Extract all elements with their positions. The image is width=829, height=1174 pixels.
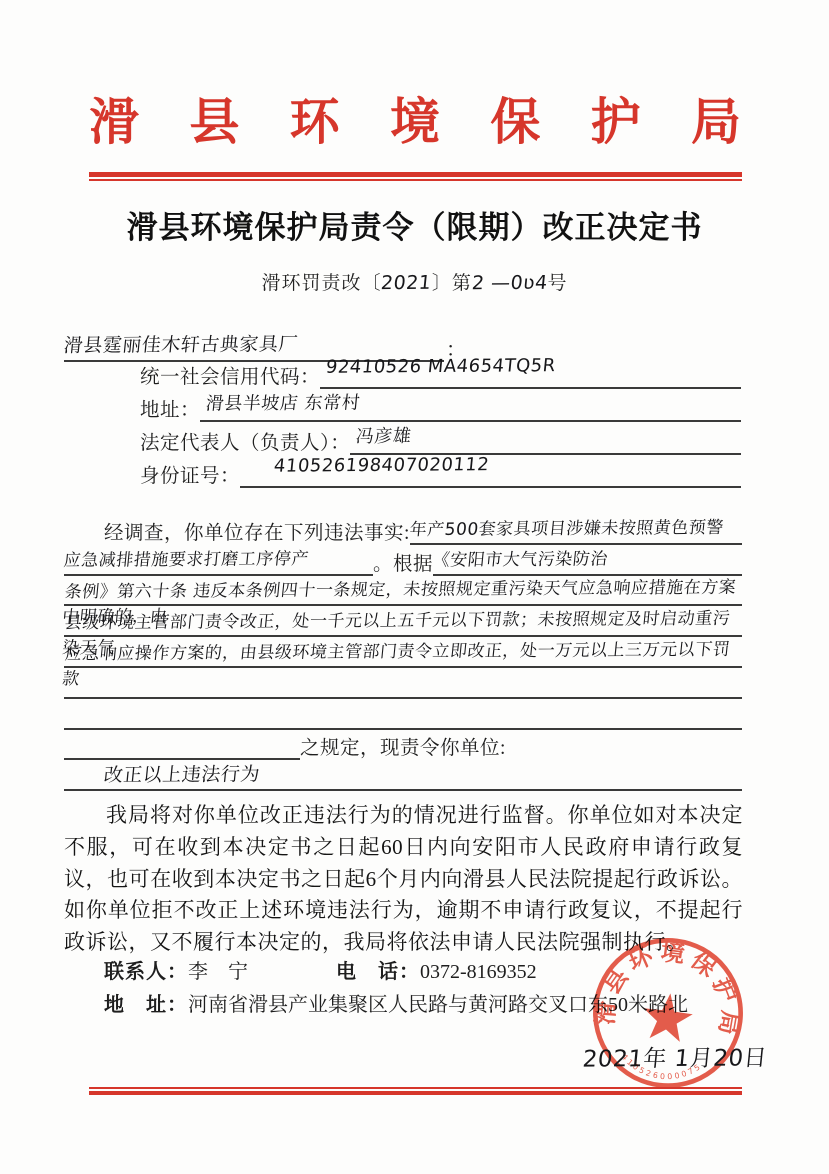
fact-line2-handwritten: 应急减排措施要求打磨工序停产 xyxy=(63,544,311,571)
field-legal-rep: 法定代表人（负责人）： 冯彦雄 xyxy=(140,422,741,455)
investigation-section: 经调查，你单位存在下列违法事实: 年产500套家具项目涉嫌未按照黄色预警 应急减… xyxy=(64,514,742,791)
investigation-blank-line-2 xyxy=(64,699,742,730)
basis-underline-3: 县级环境主管部门责令改正，处一千元以上五千元以下罚款；未按照规定及时启动重污染天… xyxy=(64,606,742,637)
doc-number-serial-handwritten: 2 —0ʋ4 xyxy=(471,272,549,295)
investigation-line-4: 县级环境主管部门责令改正，处一千元以上五千元以下罚款；未按照规定及时启动重污染天… xyxy=(64,606,742,637)
basis-underline-4: 应急响应操作方案的，由县级环境主管部门责令立即改正，处一万元以上三万元以下罚款 xyxy=(64,637,742,668)
provision-line: 之规定，现责令你单位: xyxy=(64,730,742,761)
basis-line1-handwritten: 《安阳市大气污染防治 xyxy=(432,544,610,570)
letterhead-agency-name: 滑 县 环 境 保 护 局 xyxy=(89,86,741,158)
legal-rep-value-handwritten: 冯彦雄 xyxy=(355,422,413,448)
order-underline: 改正以上违法行为 xyxy=(64,760,742,791)
basis-connector: 。根据 xyxy=(373,548,433,576)
official-seal: 滑县环境保护局 410526000075 xyxy=(576,921,761,1106)
form-fields: 统一社会信用代码： 92410526 MA4654TQ5R 地址： 滑县半坡店 … xyxy=(140,356,741,488)
investigation-line-1: 经调查，你单位存在下列违法事实: 年产500套家具项目涉嫌未按照黄色预警 xyxy=(64,514,742,545)
credit-code-underline: 92410526 MA4654TQ5R xyxy=(320,356,741,389)
seal-star-icon xyxy=(640,990,695,1043)
investigation-line-3: 条例》第六十条 违反本条例四十一条规定，未按照规定重污染天气应急响应措施在方案中… xyxy=(64,576,742,607)
contact-phone-number: 0372-8169352 xyxy=(420,961,537,983)
credit-code-label: 统一社会信用代码： xyxy=(140,361,320,389)
field-address: 地址： 滑县半坡店 东常村 xyxy=(140,389,741,422)
field-id-number: 身份证号： 410526198407020112 xyxy=(140,455,741,488)
doc-number-year-handwritten: 2021 xyxy=(380,272,433,294)
id-number-value-handwritten: 410526198407020112 xyxy=(245,454,490,477)
date-handwritten: 2021年 1月20日 xyxy=(581,1039,769,1073)
doc-number-close: 〕第 xyxy=(432,273,472,294)
addressee-name-handwritten: 滑县霆丽佳木轩古典家具厂 xyxy=(63,329,300,358)
order-line: 改正以上违法行为 xyxy=(64,760,742,791)
id-number-label: 身份证号： xyxy=(140,460,240,488)
credit-code-value-handwritten: 92410526 MA4654TQ5R xyxy=(325,355,557,378)
legal-rep-underline: 冯彦雄 xyxy=(350,422,741,455)
id-number-underline: 410526198407020112 xyxy=(240,455,741,488)
fact-underline-1: 年产500套家具项目涉嫌未按照黄色预警 xyxy=(410,514,742,545)
address-value-handwritten: 滑县半坡店 东常村 xyxy=(205,388,362,415)
doc-number-suffix: 号 xyxy=(548,273,568,294)
basis-line4-handwritten: 应急响应操作方案的，由县级环境主管部门责令立即改正，处一万元以上三万元以下罚款 xyxy=(61,635,744,690)
provision-text: 之规定，现责令你单位: xyxy=(300,732,506,760)
footer-divider xyxy=(89,1087,742,1095)
contact-person-name: 李 宁 xyxy=(188,961,248,983)
order-text-handwritten: 改正以上违法行为 xyxy=(63,759,262,787)
doc-number-prefix: 滑环罚责改〔 xyxy=(261,273,381,294)
blank-underline-2 xyxy=(64,699,742,730)
investigation-intro: 经调查，你单位存在下列违法事实: xyxy=(64,517,410,545)
decision-date: 2021年 1月20日 xyxy=(583,1040,767,1073)
legal-rep-label: 法定代表人（负责人）： xyxy=(140,427,350,455)
address-label: 地址： xyxy=(140,394,200,422)
address-underline: 滑县半坡店 东常村 xyxy=(200,389,741,422)
investigation-line-5: 应急响应操作方案的，由县级环境主管部门责令立即改正，处一万元以上三万元以下罚款 xyxy=(64,637,742,668)
field-credit-code: 统一社会信用代码： 92410526 MA4654TQ5R xyxy=(140,356,741,389)
provision-blank-underline xyxy=(64,729,300,760)
scanned-document-page: 滑 县 环 境 保 护 局 滑县环境保护局责令（限期）改正决定书 滑环罚责改〔2… xyxy=(0,0,829,1174)
seal-graphic: 滑县环境保护局 410526000075 xyxy=(576,921,761,1106)
letterhead-divider-thin-line xyxy=(89,179,742,181)
office-address-label: 地 址： xyxy=(64,994,188,1016)
letterhead-divider xyxy=(89,172,742,181)
document-title: 滑县环境保护局责令（限期）改正决定书 xyxy=(0,202,829,247)
document-number: 滑环罚责改〔2021〕第2 —0ʋ4号 xyxy=(0,268,829,295)
fact-line1-handwritten: 年产500套家具项目涉嫌未按照黄色预警 xyxy=(409,513,726,540)
contact-person-label: 联系人： xyxy=(64,961,188,983)
contact-phone-label: 电 话： xyxy=(336,961,420,983)
basis-underline-2: 条例》第六十条 违反本条例四十一条规定，未按照规定重污染天气应急响应措施在方案中… xyxy=(64,575,742,606)
footer-divider-thick-line xyxy=(89,1091,742,1095)
fact-underline-2: 应急减排措施要求打磨工序停产 xyxy=(64,545,373,576)
basis-underline-1: 《安阳市大气污染防治 xyxy=(433,545,742,576)
investigation-line-2: 应急减排措施要求打磨工序停产 。根据 《安阳市大气污染防治 xyxy=(64,545,742,576)
